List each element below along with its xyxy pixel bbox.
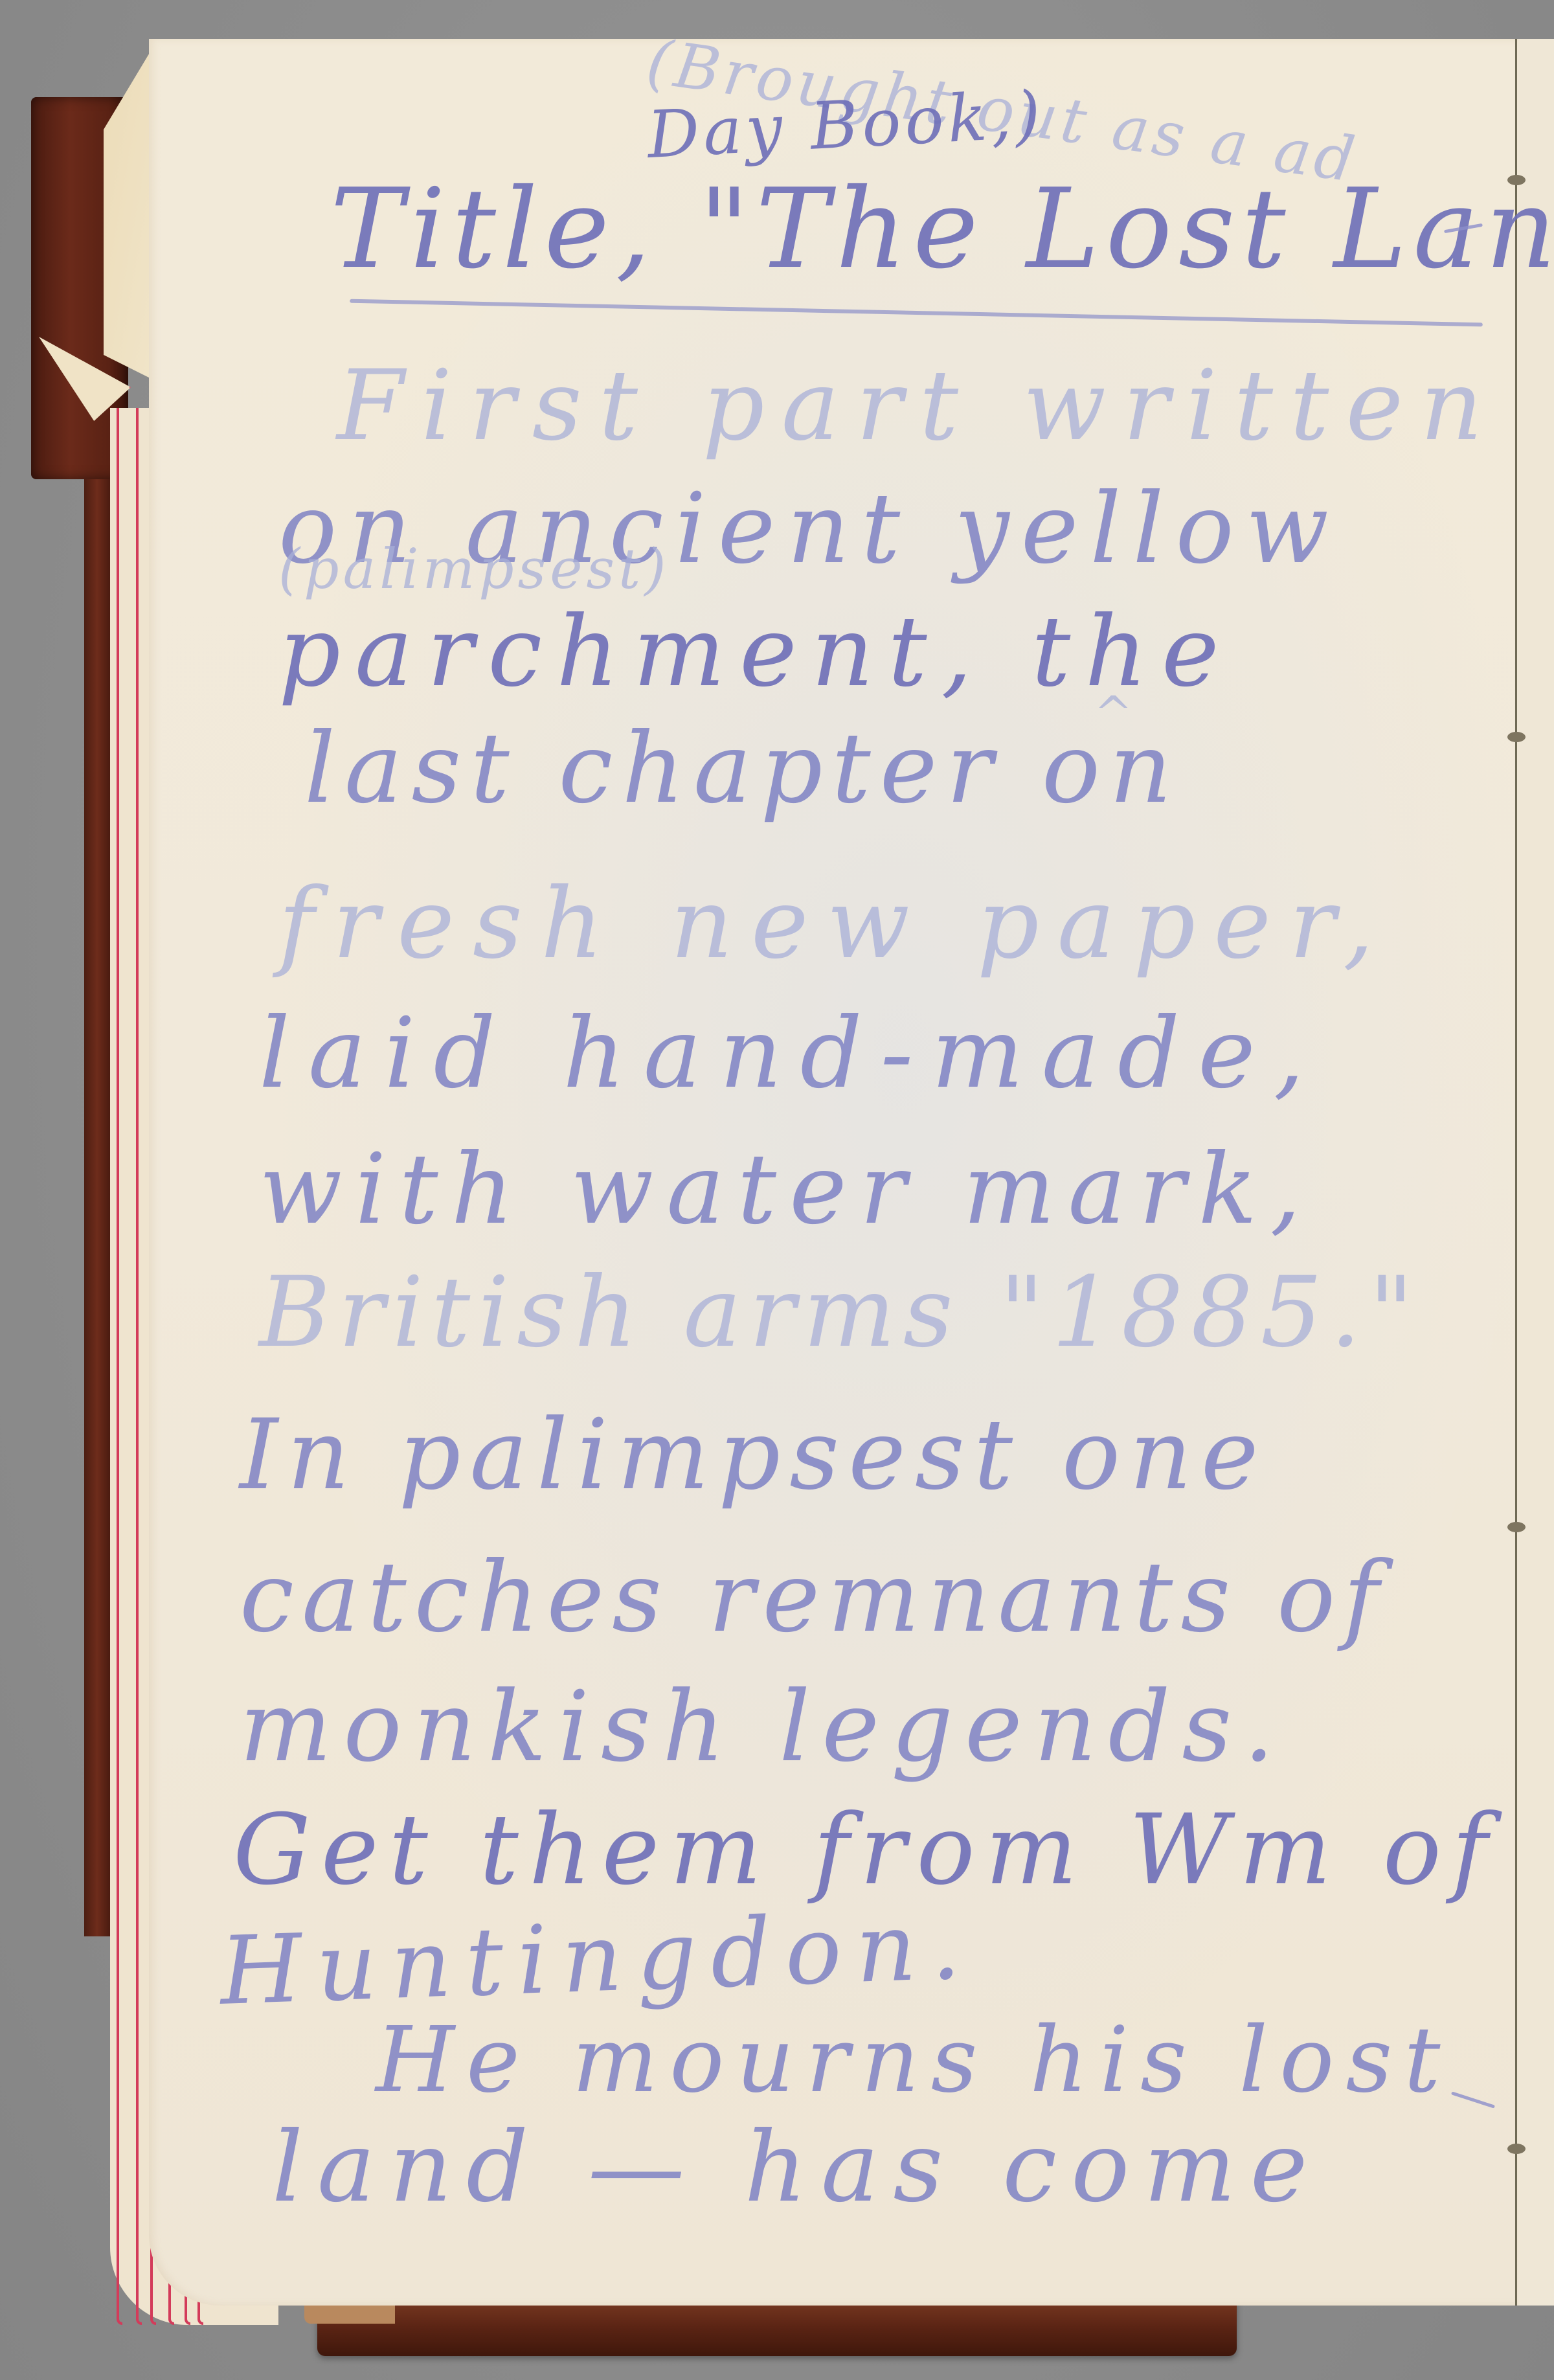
- handwritten-line-3: parchment, the: [278, 596, 1233, 708]
- binding-stitch: [1507, 1522, 1526, 1532]
- palimpsest-insertion: (palimpsest): [278, 538, 670, 602]
- handwritten-line-11: monkish legends.: [240, 1671, 1286, 1784]
- handwritten-line-10: catches remnants of: [240, 1541, 1387, 1654]
- binding-gutter: [1515, 39, 1517, 2306]
- leather-cover-edge: [84, 479, 110, 1936]
- handwritten-line-6: laid hand-made,: [259, 997, 1323, 1110]
- handwritten-line-7: with water mark,: [259, 1133, 1314, 1246]
- page-edge-line: [136, 408, 142, 2325]
- insertion-caret: ^: [1094, 686, 1136, 740]
- page-edge-line: [117, 408, 122, 2325]
- handwritten-line-12: Get them from Wm of: [233, 1794, 1498, 1907]
- binding-stitch: [1507, 732, 1526, 742]
- binding-stitch: [1507, 2144, 1526, 2154]
- handwritten-line-5: fresh new paper,: [278, 868, 1392, 980]
- handwritten-line-14: He mourns his lost: [376, 2008, 1452, 2113]
- facing-page-edge: [1517, 39, 1554, 2306]
- handwritten-line-8: British arms "1885.": [259, 1256, 1421, 1369]
- handwritten-line-15: land — has come: [272, 2111, 1322, 2224]
- title-line: Title, "The Lost Land.": [330, 165, 1554, 293]
- handwritten-line-1: First part written: [337, 350, 1500, 462]
- handwritten-line-9: In palimpsest one: [240, 1399, 1268, 1512]
- book-spine-bottom: [317, 2298, 1237, 2356]
- handwritten-line-4: last chapter on: [304, 712, 1181, 825]
